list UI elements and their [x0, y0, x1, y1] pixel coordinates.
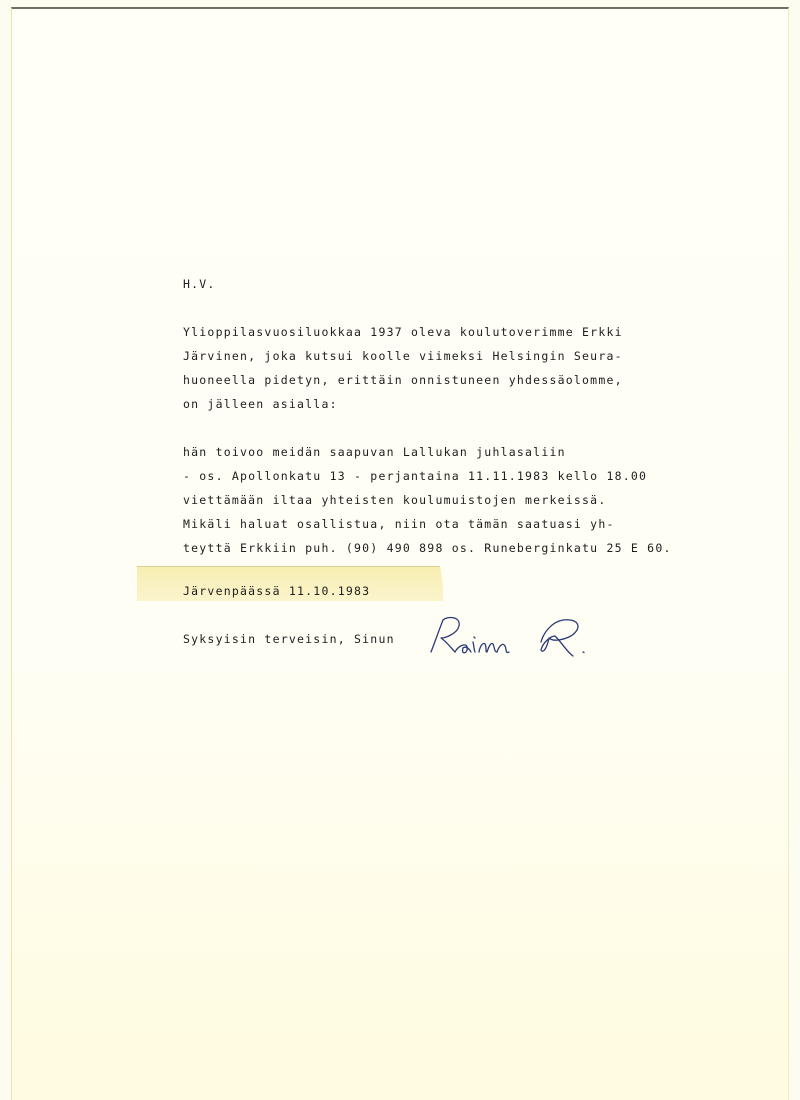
paragraph1-line: Järvinen, joka kutsui koolle viimeksi He… — [183, 349, 623, 363]
handwritten-signature: Raimo R. — [425, 612, 595, 660]
paragraph2-line: Mikäli haluat osallistua, niin ota tämän… — [183, 517, 615, 531]
paragraph1-line: Ylioppilasvuosiluokkaa 1937 oleva koulut… — [183, 325, 623, 339]
paragraph1-line: huoneella pidetyn, erittäin onnistuneen … — [183, 373, 623, 387]
paragraph2-line: - os. Apollonkatu 13 - perjantaina 11.11… — [183, 469, 647, 483]
closing: Syksyisin terveisin, Sinun — [183, 632, 395, 646]
salutation: H.V. — [183, 277, 216, 291]
paragraph2-line: hän toivoo meidän saapuvan Lallukan juhl… — [183, 445, 566, 459]
place-date: Järvenpäässä 11.10.1983 — [183, 584, 370, 598]
paragraph1-line: on jälleen asialla: — [183, 397, 338, 411]
paragraph2-line: viettämään iltaa yhteisten koulumuistoje… — [183, 493, 606, 507]
paragraph2-line: teyttä Erkkiin puh. (90) 490 898 os. Run… — [183, 541, 672, 555]
